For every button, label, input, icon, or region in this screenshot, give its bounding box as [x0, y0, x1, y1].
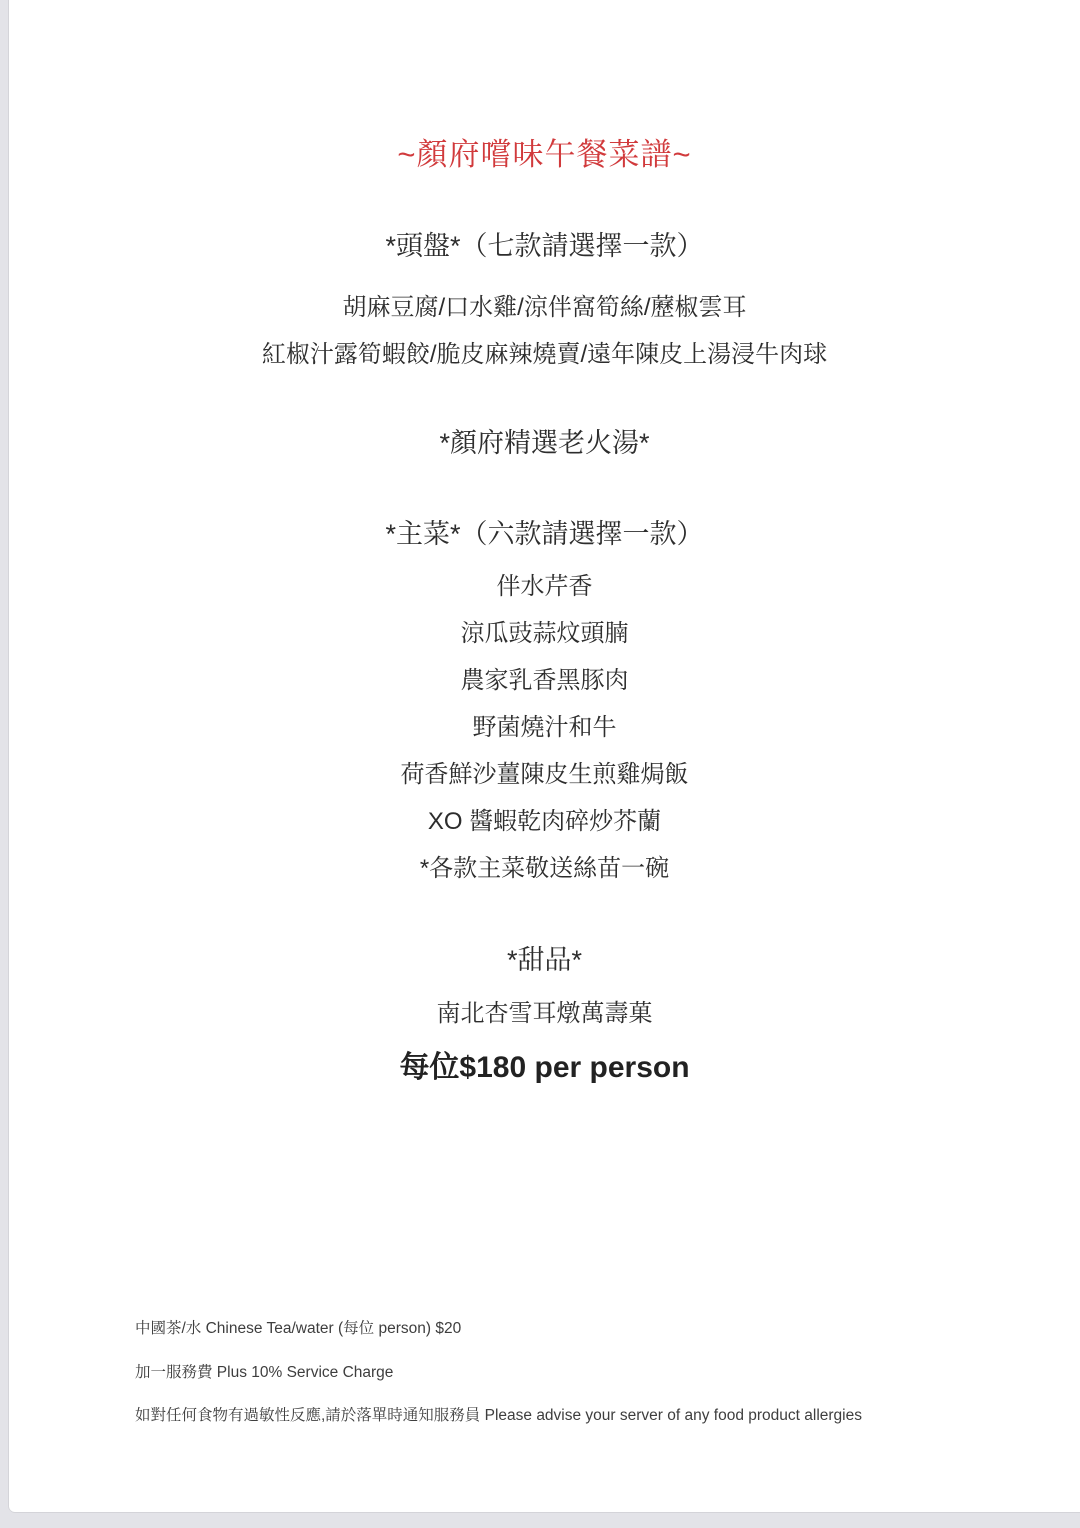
menu-title: ~顏府嚐味午餐菜譜~ — [9, 136, 1080, 175]
menu-content: ~顏府嚐味午餐菜譜~ *頭盤*（七款請選擇一款） 胡麻豆腐/口水雞/涼伴窩筍絲/… — [9, 0, 1080, 1086]
main-dish-item: XO 醬蝦乾肉碎炒芥蘭 — [9, 807, 1080, 837]
main-dish-item: 野菌燒汁和牛 — [9, 713, 1080, 743]
menu-page: ~顏府嚐味午餐菜譜~ *頭盤*（七款請選擇一款） 胡麻豆腐/口水雞/涼伴窩筍絲/… — [9, 0, 1080, 1512]
starter-options-line: 胡麻豆腐/口水雞/涼伴窩筍絲/藶椒雲耳 — [9, 293, 1080, 323]
main-dish-item: 荷香鮮沙薑陳皮生煎雞焗飯 — [9, 760, 1080, 790]
footnotes: 中國茶/水 Chinese Tea/water (每位 person) $20 … — [135, 1320, 862, 1451]
soup-heading: *顏府精選老火湯* — [9, 427, 1080, 461]
starter-options-line: 紅椒汁露筍蝦餃/脆皮麻辣燒賣/遠年陳皮上湯浸牛肉球 — [9, 340, 1080, 370]
main-dish-item: 農家乳香黑豚肉 — [9, 666, 1080, 696]
starter-heading: *頭盤*（七款請選擇一款） — [9, 230, 1080, 264]
main-dish-item: 涼瓜豉蒜炆頭腩 — [9, 619, 1080, 649]
price-per-person: 每位$180 per person — [9, 1049, 1080, 1087]
footnote-service-charge: 加一服務費 Plus 10% Service Charge — [135, 1364, 862, 1383]
dessert-heading: *甜品* — [9, 944, 1080, 978]
footnote-allergy-notice: 如對任何食物有過敏性反應,請於落單時通知服務員 Please advise yo… — [135, 1407, 862, 1426]
mains-rice-note: *各款主菜敬送絲苗一碗 — [9, 854, 1080, 884]
footnote-tea-water-charge: 中國茶/水 Chinese Tea/water (每位 person) $20 — [135, 1320, 862, 1339]
dessert-item: 南北杏雪耳燉萬壽菓 — [9, 999, 1080, 1029]
main-dish-item: 伴水芹香 — [9, 572, 1080, 602]
mains-heading: *主菜*（六款請選擇一款） — [9, 518, 1080, 552]
